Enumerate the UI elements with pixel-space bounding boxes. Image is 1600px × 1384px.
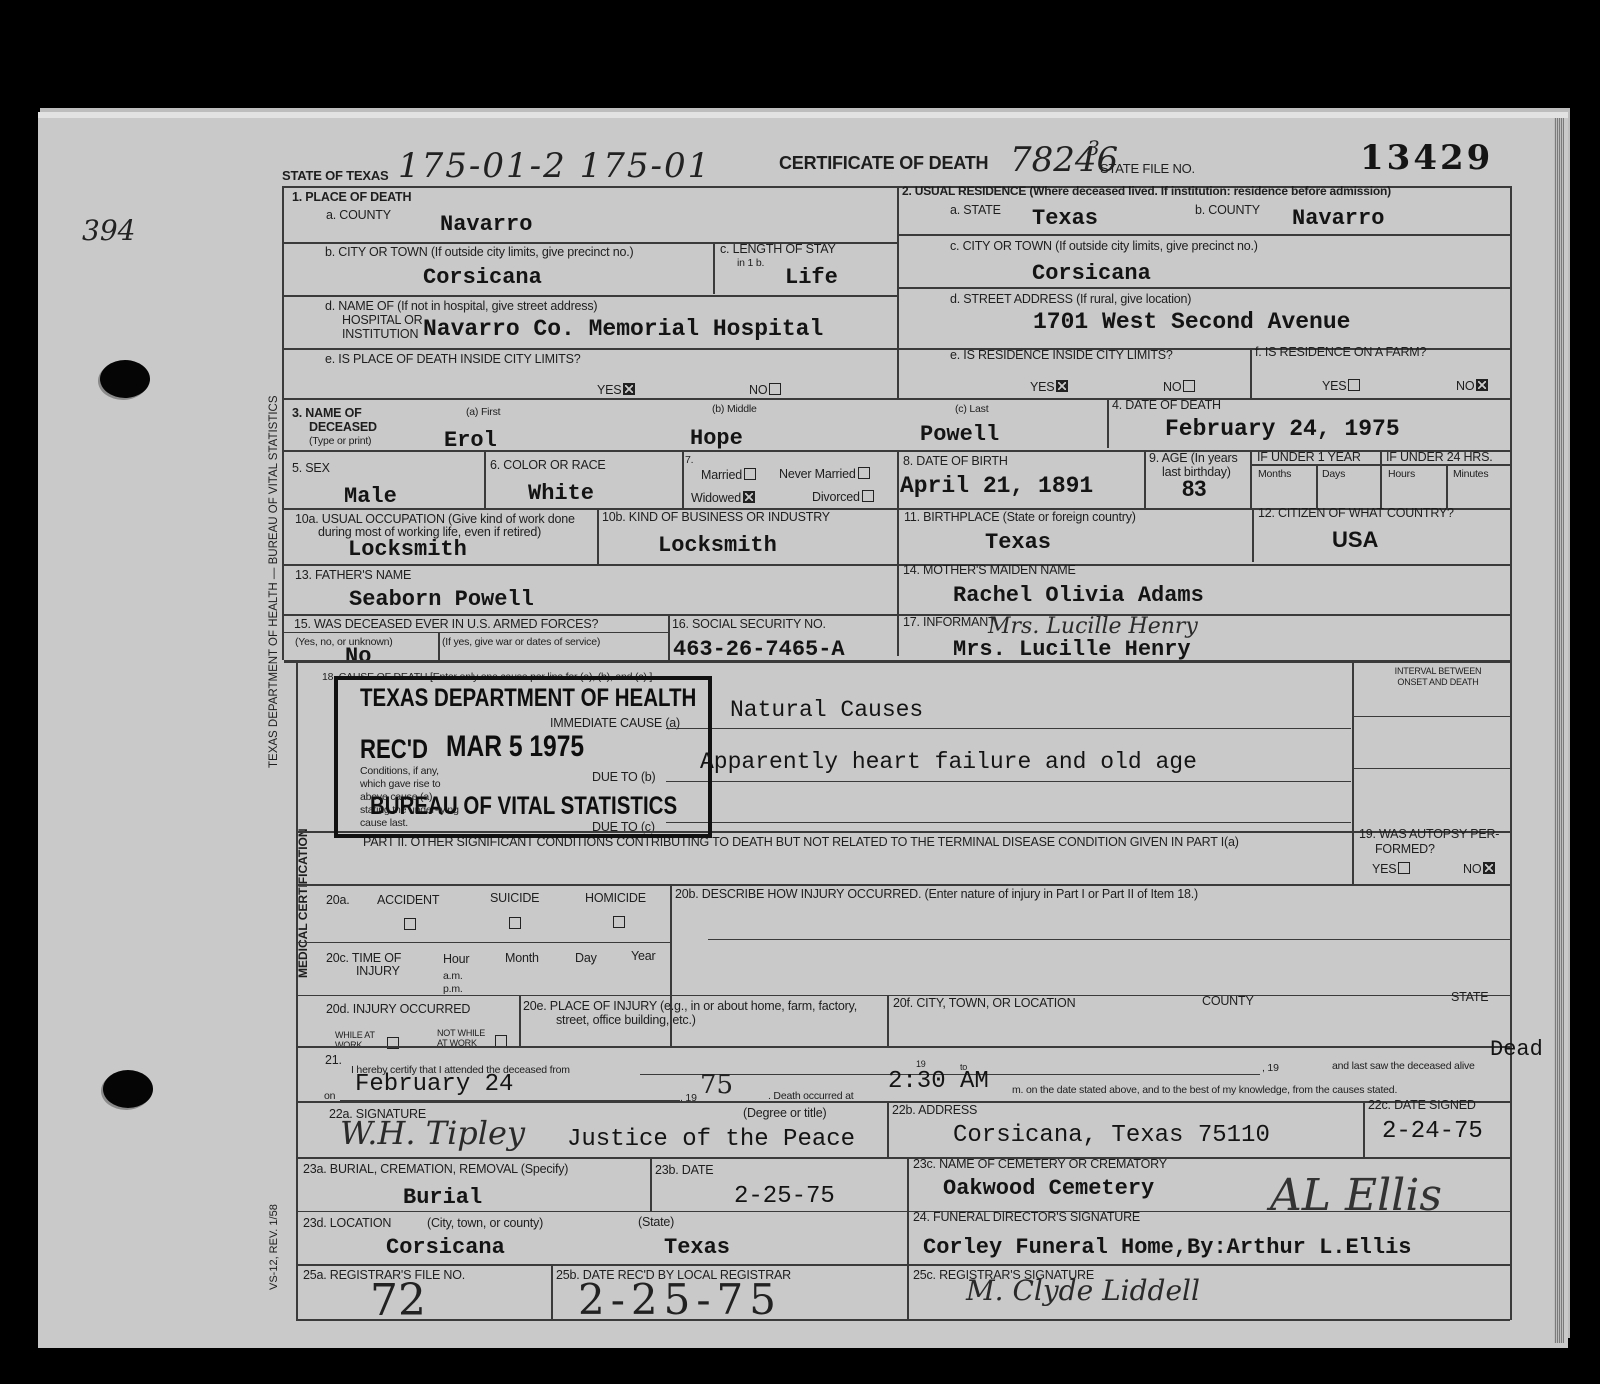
rule [887, 1101, 889, 1157]
death-inside-limits-no[interactable]: NO [749, 383, 781, 397]
attended-date-value: February 24 [355, 1071, 513, 1098]
rule [296, 1157, 1510, 1159]
hour-label: Hour [443, 952, 469, 966]
date-signed-value: 2-24-75 [1382, 1118, 1483, 1145]
death-inside-limits-label: e. IS PLACE OF DEATH INSIDE CITY LIMITS? [325, 352, 581, 366]
name-label-3: (Type or print) [309, 435, 371, 447]
stamp-agency: TEXAS DEPARTMENT OF HEALTH [360, 684, 696, 713]
registrar-date-value: 2-25-75 [578, 1275, 782, 1324]
industry-label: 10b. KIND OF BUSINESS OR INDUSTRY [602, 510, 830, 524]
time-of-injury-label: 20c. TIME OF [326, 951, 401, 965]
first-name-label: (a) First [466, 406, 500, 418]
middle-name-label: (b) Middle [712, 403, 757, 415]
funeral-director-label: 24. FUNERAL DIRECTOR'S SIGNATURE [913, 1210, 1140, 1224]
cemetery-value: Oakwood Cemetery [943, 1176, 1154, 1201]
medical-certification-label: MEDICAL CERTIFICATION [296, 828, 310, 978]
received-stamp: TEXAS DEPARTMENT OF HEALTH REC'D MAR 5 1… [334, 676, 712, 838]
death-time-value: 2:30 AM [888, 1068, 989, 1095]
ssn-value: 463-26-7465-A [673, 637, 845, 662]
date-of-death-value: February 24, 1975 [1165, 416, 1400, 442]
cemetery-label: 23c. NAME OF CEMETERY OR CREMATORY [913, 1157, 1167, 1171]
county-label: a. COUNTY [326, 208, 391, 222]
checkbox-checked[interactable] [1483, 862, 1495, 874]
institution-label: d. NAME OF (If not in hospital, give str… [325, 299, 597, 313]
location-state-label: (State) [638, 1215, 674, 1229]
autopsy-yes[interactable]: YES [1372, 862, 1410, 876]
res-inside-limits-label: e. IS RESIDENCE INSIDE CITY LIMITS? [950, 348, 1173, 362]
date-signed-label: 22c. DATE SIGNED [1368, 1098, 1476, 1112]
day-label: Day [575, 951, 597, 965]
dob-label: 8. DATE OF BIRTH [903, 454, 1008, 468]
rule [1363, 1101, 1365, 1157]
rule [897, 450, 899, 656]
injury-occurred-label: 20d. INJURY OCCURRED [326, 1002, 470, 1016]
minutes-label: Minutes [1453, 468, 1488, 480]
marital-divorced[interactable]: Divorced [812, 490, 874, 504]
punch-hole-top [100, 360, 150, 398]
res-inside-limits-yes[interactable]: YES [1030, 380, 1068, 394]
pm-label: p.m. [443, 983, 463, 995]
location-state-value: Texas [664, 1235, 730, 1260]
month-label: Month [505, 951, 539, 965]
res-farm-no[interactable]: NO [1456, 379, 1488, 393]
rule [284, 564, 1510, 566]
autopsy-label-2: FORMED? [1375, 842, 1435, 856]
rule [284, 632, 668, 633]
handwritten-superscript: 3 [1087, 136, 1100, 160]
rule [713, 242, 715, 294]
checkbox-checked[interactable] [1056, 380, 1068, 392]
degree-label: (Degree or title) [743, 1106, 826, 1120]
place-of-injury-label: 20e. PLACE OF INJURY (e.g., in or about … [523, 999, 857, 1013]
homicide-checkbox[interactable] [613, 916, 625, 928]
rule [296, 1264, 1510, 1266]
death-inside-limits-yes[interactable]: YES [597, 383, 635, 397]
injury-state-label: STATE [1451, 990, 1488, 1004]
autopsy-label: 19. WAS AUTOPSY PER- [1359, 827, 1499, 841]
rule [887, 995, 889, 1046]
days-label: Days [1322, 468, 1345, 480]
form-right-border [1510, 186, 1512, 1320]
occupation-label: 10a. USUAL OCCUPATION (Give kind of work… [295, 512, 575, 526]
father-label: 13. FATHER'S NAME [295, 568, 411, 582]
checkbox-empty[interactable] [1348, 379, 1360, 391]
address-label: 22b. ADDRESS [892, 1103, 977, 1117]
rule [668, 614, 670, 660]
due-to-b-value: Apparently heart failure and old age [700, 749, 1197, 775]
rule [1446, 464, 1448, 508]
citizen-label: 12. CITIZEN OF WHAT COUNTRY? [1258, 506, 1454, 520]
age-label-a: 9. AGE (In years [1149, 451, 1238, 465]
rule [284, 295, 897, 297]
rule [682, 450, 684, 508]
disposition-method-value: Burial [403, 1185, 482, 1210]
injury-20a-label: 20a. [326, 893, 350, 907]
age-value: 83 [1182, 476, 1206, 502]
race-label: 6. COLOR OR RACE [490, 458, 606, 472]
rule [296, 1319, 1510, 1321]
death-county-value: Navarro [440, 212, 532, 237]
suicide-checkbox[interactable] [509, 917, 521, 929]
accident-checkbox[interactable] [404, 918, 416, 930]
disposition-method-label: 23a. BURIAL, CREMATION, REMOVAL (Specify… [303, 1162, 568, 1176]
institution-label-3: INSTITUTION [342, 327, 418, 341]
certificate-title: CERTIFICATE OF DEATH [779, 153, 988, 174]
death-city-value: Corsicana [423, 265, 542, 290]
rule [438, 632, 440, 660]
checkbox-empty[interactable] [769, 383, 781, 395]
checkbox-checked[interactable] [743, 491, 755, 503]
last-name-value: Powell [920, 422, 999, 447]
form-code: VS-12, REV. 1/58 [268, 1204, 280, 1290]
checkbox-checked[interactable] [623, 383, 635, 395]
stamp-date: MAR 5 1975 [446, 730, 584, 764]
state-file-number: 13429 [1360, 138, 1493, 178]
year-label: Year [631, 949, 655, 963]
checkbox-checked[interactable] [1476, 379, 1488, 391]
physician-signature: W.H. Tipley [340, 1114, 525, 1152]
punch-hole-bottom [103, 1070, 153, 1108]
hours-label: Hours [1388, 468, 1415, 480]
suicide-label: SUICIDE [490, 891, 539, 905]
checkbox-empty[interactable] [1398, 862, 1410, 874]
under-24-label: IF UNDER 24 HRS. [1386, 450, 1493, 464]
rule [1352, 716, 1510, 717]
res-state-label: a. STATE [950, 203, 1001, 217]
certify-19b: , 19 [1262, 1062, 1279, 1074]
rule [296, 942, 670, 943]
autopsy-no[interactable]: NO [1463, 862, 1495, 876]
date-of-death-label: 4. DATE OF DEATH [1112, 398, 1221, 412]
rule [519, 995, 521, 1046]
rule [597, 508, 599, 564]
rule [1316, 464, 1318, 508]
race-value: White [528, 481, 594, 506]
residence-label: 2. USUAL RESIDENCE (Where deceased lived… [902, 184, 1391, 198]
rule [284, 614, 1510, 616]
marital-never-married[interactable]: Never Married [779, 467, 870, 481]
birthplace-label: 11. BIRTHPLACE (State or foreign country… [904, 510, 1136, 524]
mother-label: 14. MOTHER'S MAIDEN NAME [903, 563, 1076, 577]
place-of-injury-label-2: street, office building, etc.) [556, 1013, 696, 1027]
marital-married[interactable]: Married [701, 468, 756, 482]
immediate-cause-value: Natural Causes [730, 697, 923, 723]
sex-label: 5. SEX [292, 461, 330, 475]
place-of-death-label: 1. PLACE OF DEATH [292, 190, 411, 204]
occupation-value: Locksmith [348, 537, 467, 562]
sex-value: Male [344, 484, 397, 509]
informant-signature: Mrs. Lucille Henry [988, 614, 1198, 639]
disposition-date-value: 2-25-75 [734, 1183, 835, 1210]
marital-widowed[interactable]: Widowed [691, 491, 755, 505]
am-label: a.m. [443, 970, 463, 982]
mother-value: Rachel Olivia Adams [953, 583, 1204, 608]
form-left-border [282, 186, 284, 660]
address-value: Corsicana, Texas 75110 [953, 1122, 1270, 1149]
certify-end-text: m. on the date stated above, and to the … [1012, 1084, 1397, 1096]
rule [1380, 450, 1382, 508]
citizen-value: USA [1332, 527, 1378, 553]
res-city-value: Corsicana [1032, 261, 1151, 286]
location-label: 23d. LOCATION [303, 1216, 391, 1230]
res-county-value: Navarro [1292, 206, 1384, 231]
funeral-director-signature: AL Ellis [1270, 1170, 1442, 1221]
attended-year-value: 75 [700, 1070, 733, 1100]
rule [1250, 450, 1252, 508]
father-value: Seaborn Powell [349, 587, 534, 612]
checkbox-empty[interactable] [858, 467, 870, 479]
location-city-label: (City, town, or county) [427, 1216, 543, 1230]
stamp-received: REC'D [360, 734, 428, 765]
dob-value: April 21, 1891 [900, 473, 1093, 499]
armed-forces-sub2: (If yes, give war or dates of service) [442, 636, 600, 648]
res-farm-yes[interactable]: YES [1322, 379, 1360, 393]
armed-forces-value: No [345, 644, 371, 669]
informant-value: Mrs. Lucille Henry [953, 637, 1191, 662]
name-label-2: DECEASED [309, 420, 377, 434]
stamp-bureau: BUREAU OF VITAL STATISTICS [370, 792, 677, 821]
middle-name-value: Hope [690, 426, 743, 451]
checkbox-empty[interactable] [862, 490, 874, 502]
ssn-label: 16. SOCIAL SECURITY NO. [672, 617, 826, 631]
rule [666, 822, 1351, 823]
res-street-value: 1701 West Second Avenue [1033, 309, 1350, 335]
injury-county-label: COUNTY [1202, 994, 1254, 1008]
institution-label-2: HOSPITAL OR [342, 313, 422, 327]
rule [897, 287, 1510, 289]
rule [1250, 348, 1252, 398]
months-label: Months [1258, 468, 1291, 480]
overtyped-dead: Dead [1490, 1037, 1543, 1062]
interval-label: INTERVAL BETWEEN ONSET AND DEATH [1393, 666, 1483, 688]
disposition-date-label: 23b. DATE [655, 1163, 713, 1177]
under-one-year-label: IF UNDER 1 YEAR [1257, 450, 1361, 464]
res-state-value: Texas [1032, 206, 1098, 231]
certification-label: 21. [325, 1053, 342, 1067]
name-label: 3. NAME OF [292, 406, 362, 420]
rule [897, 234, 1510, 236]
rule [1352, 662, 1354, 884]
city-label: b. CITY OR TOWN (If outside city limits,… [325, 245, 633, 259]
res-inside-limits-no[interactable]: NO [1163, 380, 1195, 394]
paper-stack-right-edge [1554, 118, 1564, 1343]
length-of-stay-value: Life [785, 265, 838, 290]
rule [484, 450, 486, 508]
last-name-label: (c) Last [955, 403, 988, 415]
rule [650, 1157, 652, 1211]
describe-injury-label: 20b. DESCRIBE HOW INJURY OCCURRED. (Ente… [675, 887, 1198, 901]
res-county-label: b. COUNTY [1195, 203, 1260, 217]
time-of-injury-label-2: INJURY [356, 964, 400, 978]
rule [551, 1264, 553, 1320]
funeral-director-value: Corley Funeral Home,By:Arthur L.Ellis [923, 1235, 1411, 1260]
informant-label: 17. INFORMANT [903, 615, 996, 629]
state-file-label: STATE FILE NO. [1100, 161, 1195, 176]
rule [284, 398, 1510, 400]
res-city-label: c. CITY OR TOWN (If outside city limits,… [950, 239, 1258, 253]
rule [708, 939, 1510, 940]
location-city-value: Corsicana [386, 1235, 505, 1260]
registrar-signature: M. Clyde Liddell [966, 1274, 1200, 1307]
form-left-border-lower [296, 660, 298, 1320]
institution-value: Navarro Co. Memorial Hospital [423, 316, 823, 342]
length-of-stay-label: c. LENGTH OF STAY [720, 242, 836, 256]
res-street-label: d. STREET ADDRESS (If rural, give locati… [950, 292, 1191, 306]
rule [666, 781, 1351, 782]
homicide-label: HOMICIDE [585, 891, 646, 905]
last-saw-text: and last saw the deceased alive [1332, 1060, 1475, 1072]
state-label: STATE OF TEXAS [282, 168, 389, 183]
rule [1252, 508, 1254, 562]
page-number: 394 [82, 214, 135, 247]
degree-value: Justice of the Peace [567, 1126, 855, 1153]
injury-city-label: 20f. CITY, TOWN, OR LOCATION [893, 996, 1075, 1010]
rule [1352, 768, 1510, 769]
rule [296, 1046, 1510, 1048]
armed-forces-label: 15. WAS DECEASED EVER IN U.S. ARMED FORC… [294, 617, 598, 631]
armed-forces-sub1: (Yes, no, or unknown) [295, 636, 393, 648]
rule [907, 1157, 909, 1319]
handwritten-code: 175-01-2 175-01 [398, 146, 711, 186]
res-farm-label: f. IS RESIDENCE ON A FARM? [1255, 345, 1426, 359]
rule [666, 728, 1351, 729]
rule [1144, 450, 1146, 508]
checkbox-empty[interactable] [744, 468, 756, 480]
industry-value: Locksmith [658, 533, 777, 558]
column-divider [897, 186, 899, 398]
not-while-at-work-label: NOT WHILE AT WORK [437, 1028, 491, 1048]
length-of-stay-sublabel: in 1 b. [737, 257, 764, 269]
birthplace-value: Texas [985, 530, 1051, 555]
rule [1107, 398, 1109, 448]
accident-label: ACCIDENT [377, 893, 439, 907]
rule [284, 660, 1510, 663]
checkbox-empty[interactable] [1183, 380, 1195, 392]
agency-vertical-label: TEXAS DEPARTMENT OF HEALTH — BUREAU OF V… [268, 395, 280, 768]
marital-label: 7. [685, 454, 693, 466]
rule [296, 884, 1510, 886]
